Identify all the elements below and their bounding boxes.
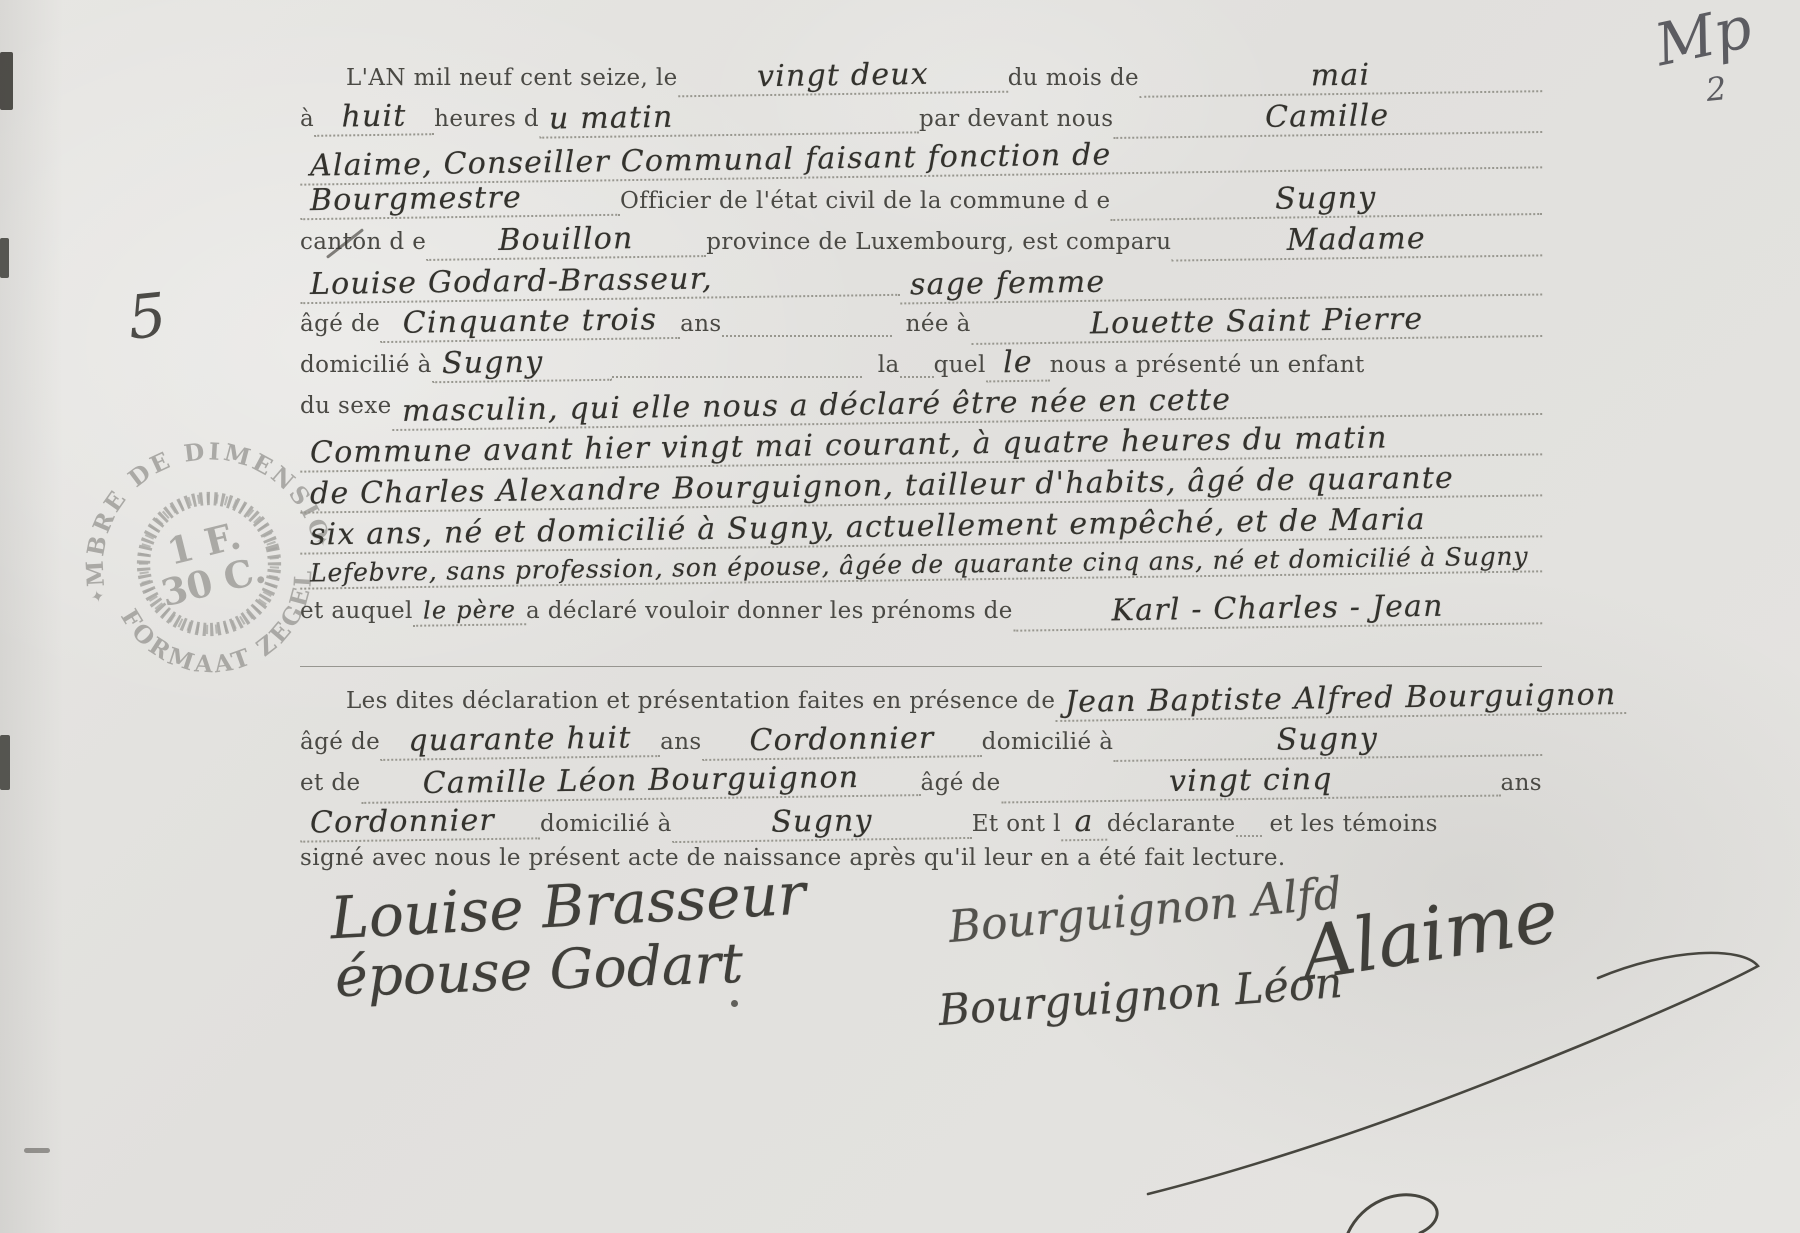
form-line-prenoms: et auquel le père a déclaré vouloir donn… — [300, 591, 1542, 632]
pencil-dash — [24, 1148, 50, 1153]
printed-text: quel — [934, 352, 986, 378]
handwritten-declarant-birthplace: Louette Saint Pierre — [970, 300, 1542, 345]
printed-text: du sexe — [300, 393, 392, 419]
ink-smudge — [0, 238, 9, 278]
form-line-witness2: et de Camille Léon Bourguignon âgé de vi… — [300, 763, 1542, 804]
handwritten-witness2-domicile: Sugny — [671, 802, 971, 843]
printed-text: heures d — [434, 106, 539, 132]
signature-witness2: Bourguignon Léon — [937, 958, 1344, 1036]
handwritten-officer-title: Alaime, Conseiller Communal faisant fonc… — [300, 131, 1542, 185]
handwritten-bourgmestre: Bourgmestre — [300, 179, 620, 220]
handwritten-prenoms: Karl - Charles - Jean — [1013, 587, 1543, 631]
stamp-deco-left-icon: ✦ — [89, 586, 107, 608]
form-line-mother: Lefebvre, sans profession, son épouse, â… — [300, 550, 1542, 591]
handwritten-witness1-age: quarante huit — [380, 720, 660, 761]
printed-text: ans — [680, 311, 722, 337]
printed-text: canton d e — [300, 229, 426, 255]
form-line-date: L'AN mil neuf cent seize, le vingt deux … — [300, 58, 1542, 99]
printed-text: a déclaré vouloir donner les prénoms de — [526, 598, 1013, 624]
printed-text: née à — [906, 311, 971, 337]
handwritten-witness1-profession: Cordonnier — [701, 720, 981, 761]
handwritten-le-pere: le père — [413, 595, 527, 627]
form-line-witness1: âgé de quarante huit ans Cordonnier domi… — [300, 722, 1542, 763]
handwritten-witness2-profession: Cordonnier — [300, 802, 540, 842]
printed-text: nous a présenté un enfant — [1050, 352, 1365, 378]
ruled-line — [900, 376, 934, 378]
act-number: 5 — [124, 280, 169, 354]
printed-text: et de — [300, 770, 361, 796]
ink-smudge — [0, 52, 13, 110]
printed-text: domicilié à — [982, 729, 1114, 755]
handwritten-declarant-profession: sage femme — [900, 259, 1542, 305]
form-line-canton: canton d e Bouillon province de Luxembou… — [300, 222, 1542, 263]
handwritten-commune: Sugny — [1110, 178, 1542, 221]
handwritten-witness2-age: vingt cinq — [1000, 760, 1500, 804]
handwritten-witness1-name: Jean Baptiste Alfred Bourguignon — [1055, 677, 1627, 722]
handwritten-period: u matin — [539, 96, 919, 138]
form-line-declarant-age: âgé de Cinquante trois ans née à Louette… — [300, 304, 1542, 345]
handwritten-gender-suffix: le — [985, 345, 1050, 383]
printed-text: domicilié à — [300, 352, 432, 378]
handwritten-article: a — [1061, 804, 1108, 842]
ruled-line — [1236, 835, 1262, 837]
ink-smudge — [0, 735, 10, 790]
handwritten-declarant-title: Madame — [1171, 219, 1542, 261]
printed-text: par devant nous — [919, 106, 1113, 132]
handwritten-month: mai — [1139, 55, 1542, 98]
birth-certificate-scan: Mp 2 5 TIMBRE DE DIMENSION FORMAAT ZEGEL… — [0, 0, 1800, 1233]
handwritten-declarant-age: Cinquante trois — [380, 302, 680, 343]
form-line-witness-intro: Les dites déclaration et présentation fa… — [300, 681, 1542, 722]
handwritten-hour: huit — [314, 98, 435, 137]
ruled-line — [612, 376, 862, 378]
printed-text: déclarante — [1107, 811, 1236, 837]
handwritten-declarant-domicile: Sugny — [431, 344, 611, 384]
printed-text: du mois de — [1008, 65, 1139, 91]
ruled-line — [300, 666, 1542, 667]
form-line-witness2-details: Cordonnier domicilié à Sugny Et ont l a … — [300, 804, 1542, 845]
printed-text: la — [878, 352, 900, 378]
ink-dot — [731, 1000, 738, 1007]
printed-text: domicilié à — [540, 811, 672, 837]
handwritten-declarant-name: Louise Godard-Brasseur, — [300, 259, 900, 304]
handwritten-witness2-name: Camille Léon Bourguignon — [360, 759, 920, 804]
partial-signature-stroke — [1348, 1195, 1437, 1233]
corner-annotation-mark: Mp — [1649, 0, 1758, 79]
printed-text: Officier de l'état civil de la commune d… — [620, 188, 1110, 214]
handwritten-canton: Bouillon — [426, 220, 706, 261]
form-line-blank — [300, 632, 1542, 681]
printed-text: âgé de — [921, 770, 1001, 796]
printed-text: âgé de — [300, 311, 380, 337]
printed-text: Et ont l — [972, 811, 1061, 837]
printed-text: Les dites déclaration et présentation fa… — [346, 688, 1055, 714]
handwritten-day: vingt deux — [677, 56, 1007, 98]
corner-annotation-number: 2 — [1704, 69, 1728, 109]
signature-declarant-line2: épouse Godart — [334, 931, 744, 1009]
form-line-commune: Bourgmestre Officier de l'état civil de … — [300, 181, 1542, 222]
printed-text: âgé de — [300, 729, 380, 755]
printed-text: à — [300, 106, 314, 132]
form-line-officer: Alaime, Conseiller Communal faisant fonc… — [300, 140, 1542, 181]
printed-text: ans — [1500, 770, 1542, 796]
act-body: L'AN mil neuf cent seize, le vingt deux … — [300, 58, 1542, 886]
handwritten-witness1-domicile: Sugny — [1113, 719, 1542, 762]
printed-text: province de Luxembourg, est comparu — [706, 229, 1171, 255]
printed-text: L'AN mil neuf cent seize, le — [346, 65, 678, 91]
printed-text: et auquel — [300, 598, 413, 624]
ruled-line — [722, 335, 892, 337]
printed-text: ans — [660, 729, 702, 755]
printed-text: et les témoins — [1270, 811, 1438, 837]
form-line-declarant-name: Louise Godard-Brasseur, sage femme — [300, 263, 1542, 304]
